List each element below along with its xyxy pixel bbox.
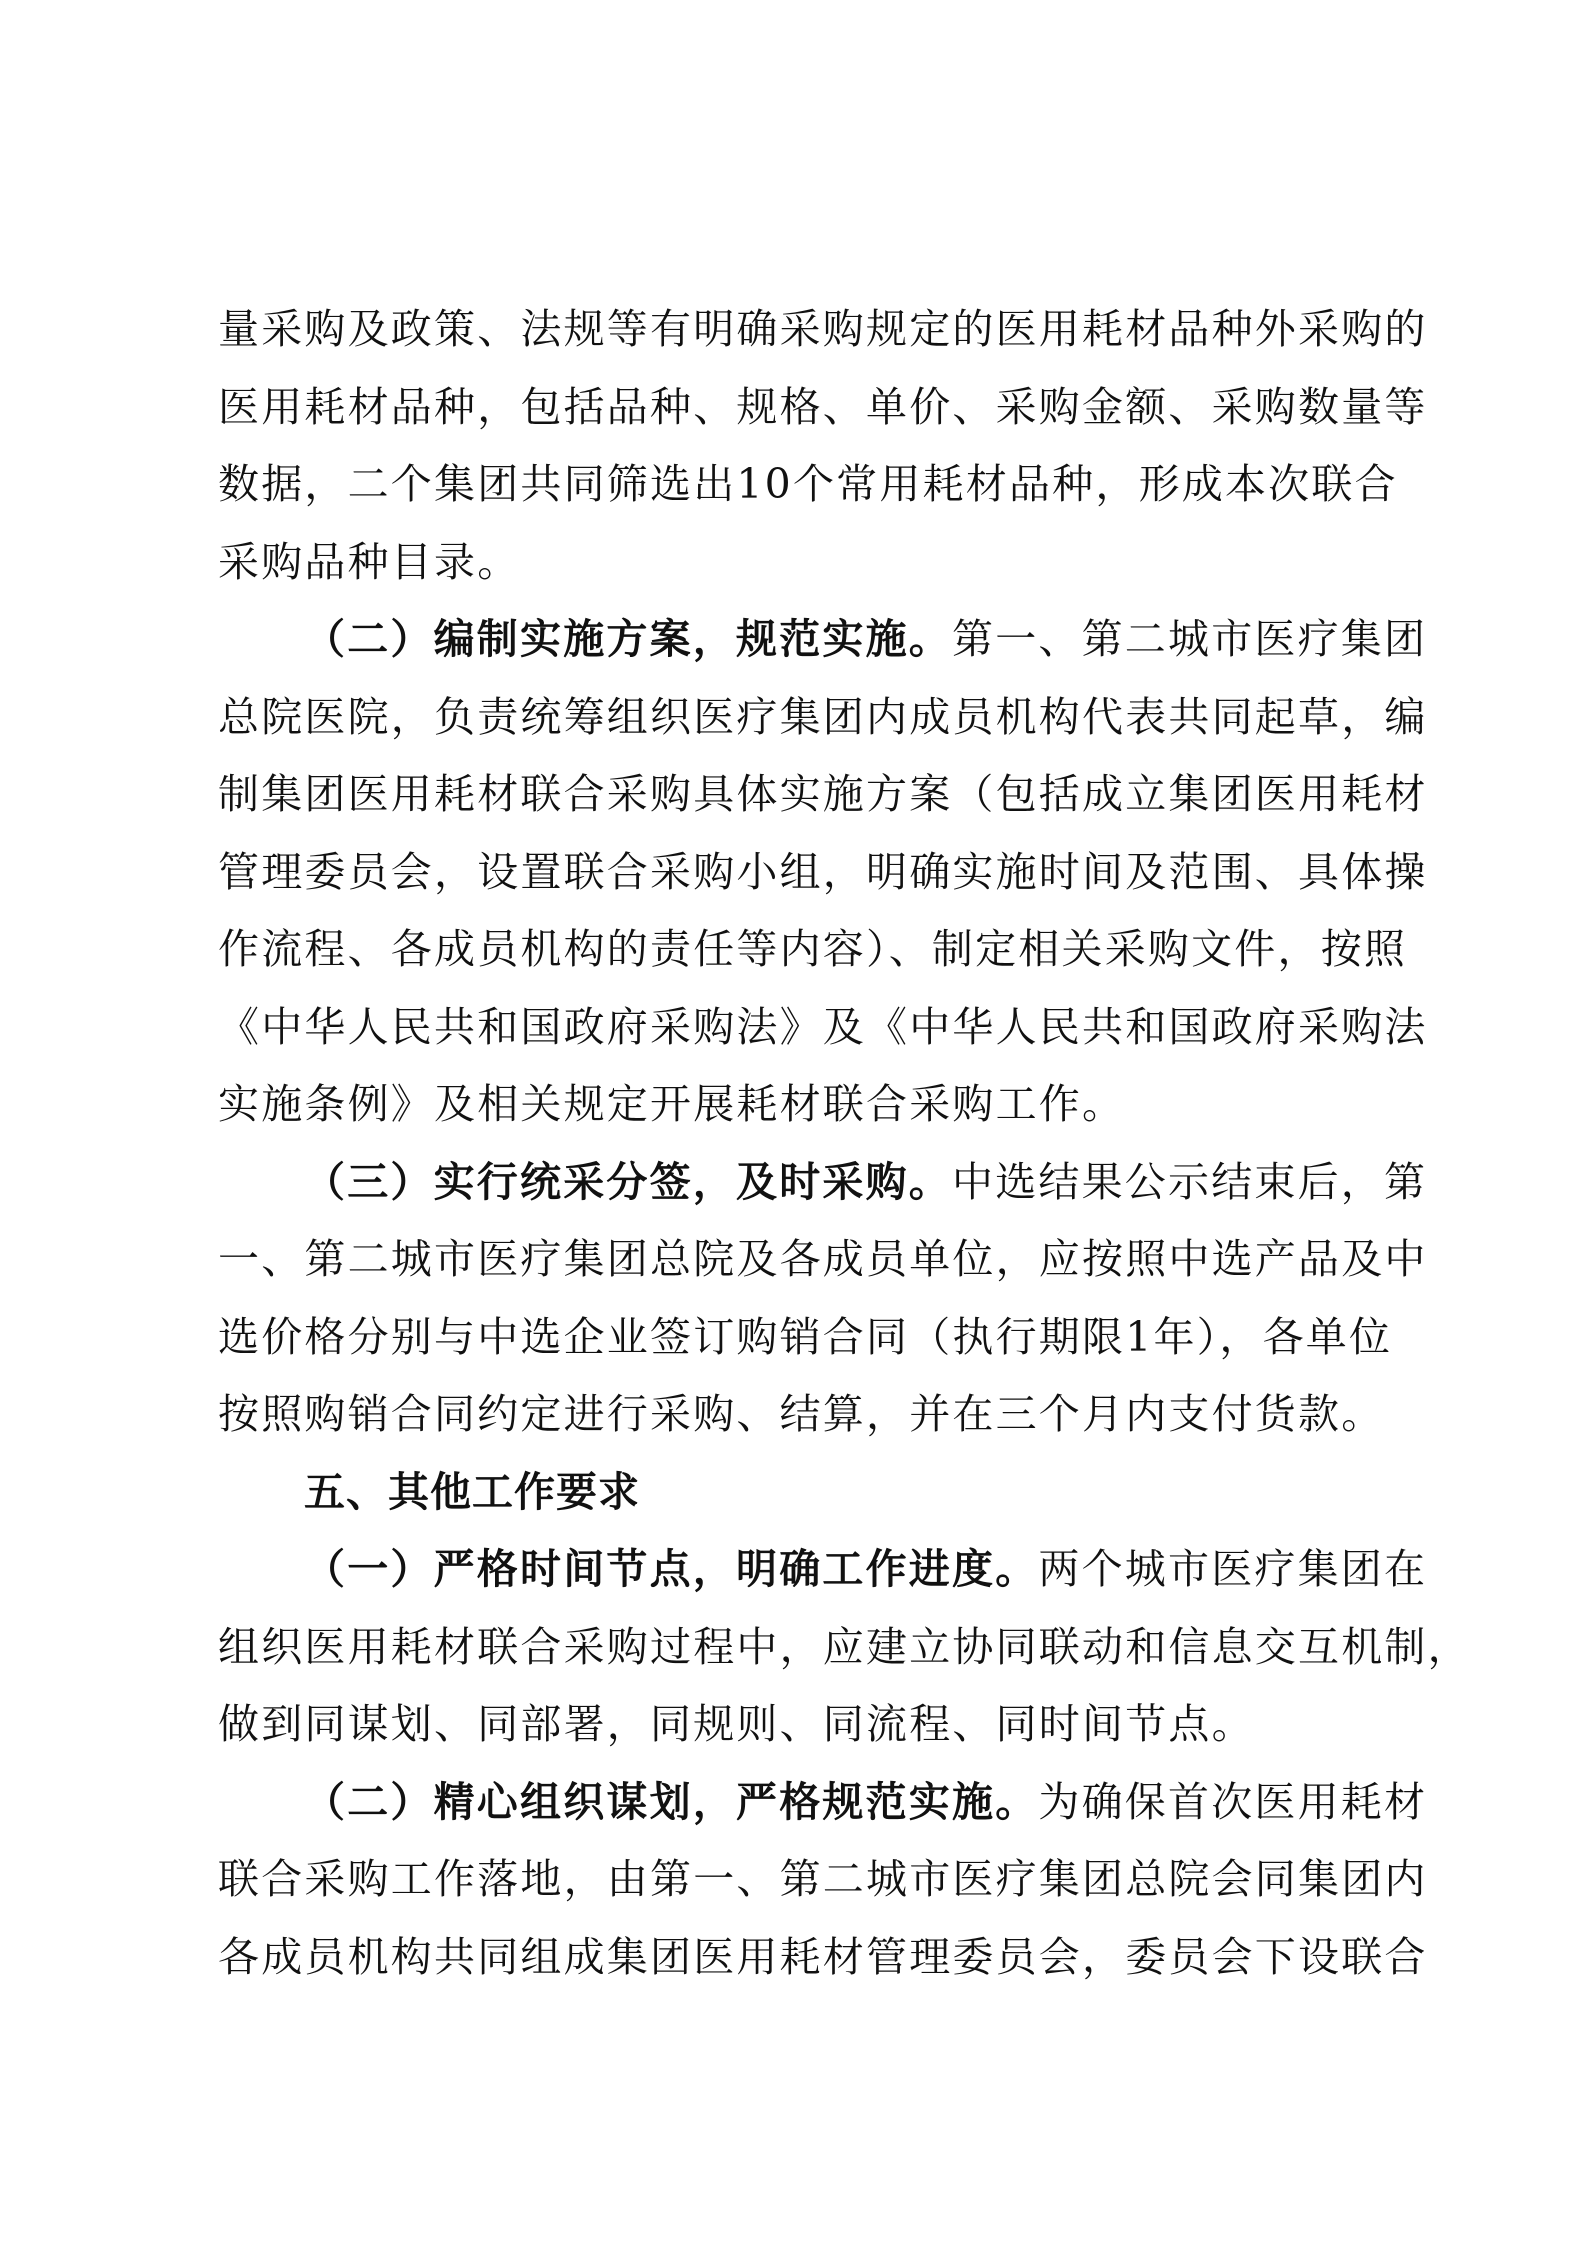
text-line: （二）编制实施方案，规范实施。第一、第二城市医疗集团 [218, 601, 1386, 679]
text-line: 按照购销合同约定进行采购、结算，并在三个月内支付货款。 [218, 1376, 1386, 1454]
text-line: 量采购及政策、法规等有明确采购规定的医用耗材品种外采购的 [218, 291, 1386, 369]
subsection-lead: （三）实行统采分签，及时采购。 [304, 1158, 952, 1206]
text-line: 联合采购工作落地，由第一、第二城市医疗集团总院会同集团内 [218, 1841, 1386, 1919]
text-line: 《中华人民共和国政府采购法》及《中华人民共和国政府采购法 [218, 989, 1386, 1067]
subsection-unified-purchase: （三）实行统采分签，及时采购。中选结果公示结束后，第 一、第二城市医疗集团总院及… [218, 1144, 1386, 1454]
text-run: 两个城市医疗集团在 [1038, 1545, 1427, 1593]
text-line: 采购品种目录。 [218, 524, 1386, 602]
text-line: 各成员机构共同组成集团医用耗材管理委员会，委员会下设联合 [218, 1919, 1386, 1997]
subsection-compile-plan: （二）编制实施方案，规范实施。第一、第二城市医疗集团 总院医院，负责统筹组织医疗… [218, 601, 1386, 1144]
text-line: 总院医院，负责统筹组织医疗集团内成员机构代表共同起草，编 [218, 679, 1386, 757]
section-heading-other-requirements: 五、其他工作要求 [218, 1454, 1386, 1532]
text-line: 选价格分别与中选企业签订购销合同（执行期限1年），各单位 [218, 1299, 1386, 1377]
text-line: 作流程、各成员机构的责任等内容）、制定相关采购文件，按照 [218, 911, 1386, 989]
subsection-lead: （二）精心组织谋划，严格规范实施。 [304, 1778, 1038, 1826]
text-run: 为确保首次医用耗材 [1038, 1778, 1427, 1826]
subsection-timeline: （一）严格时间节点，明确工作进度。两个城市医疗集团在 组织医用耗材联合采购过程中… [218, 1531, 1386, 1764]
text-line: 一、第二城市医疗集团总院及各成员单位，应按照中选产品及中 [218, 1221, 1386, 1299]
text-line: 实施条例》及相关规定开展耗材联合采购工作。 [218, 1066, 1386, 1144]
text-line: （三）实行统采分签，及时采购。中选结果公示结束后，第 [218, 1144, 1386, 1222]
text-line: （一）严格时间节点，明确工作进度。两个城市医疗集团在 [218, 1531, 1386, 1609]
text-run: 中选结果公示结束后，第 [952, 1158, 1427, 1206]
section-heading: 五、其他工作要求 [218, 1454, 1386, 1532]
subsection-organize-plan: （二）精心组织谋划，严格规范实施。为确保首次医用耗材 联合采购工作落地，由第一、… [218, 1764, 1386, 1997]
text-line: 数据，二个集团共同筛选出10个常用耗材品种，形成本次联合 [218, 446, 1386, 524]
document-page: 量采购及政策、法规等有明确采购规定的医用耗材品种外采购的 医用耗材品种，包括品种… [218, 291, 1386, 1996]
paragraph-continuation: 量采购及政策、法规等有明确采购规定的医用耗材品种外采购的 医用耗材品种，包括品种… [218, 291, 1386, 601]
text-line: 做到同谋划、同部署，同规则、同流程、同时间节点。 [218, 1686, 1386, 1764]
subsection-lead: （二）编制实施方案，规范实施。 [304, 615, 952, 663]
text-line: 制集团医用耗材联合采购具体实施方案（包括成立集团医用耗材 [218, 756, 1386, 834]
text-line: 医用耗材品种，包括品种、规格、单价、采购金额、采购数量等 [218, 369, 1386, 447]
text-line: （二）精心组织谋划，严格规范实施。为确保首次医用耗材 [218, 1764, 1386, 1842]
text-run: 第一、第二城市医疗集团 [952, 615, 1427, 663]
subsection-lead: （一）严格时间节点，明确工作进度。 [304, 1545, 1038, 1593]
text-line: 管理委员会，设置联合采购小组，明确实施时间及范围、具体操 [218, 834, 1386, 912]
text-line: 组织医用耗材联合采购过程中，应建立协同联动和信息交互机制， [218, 1609, 1386, 1687]
